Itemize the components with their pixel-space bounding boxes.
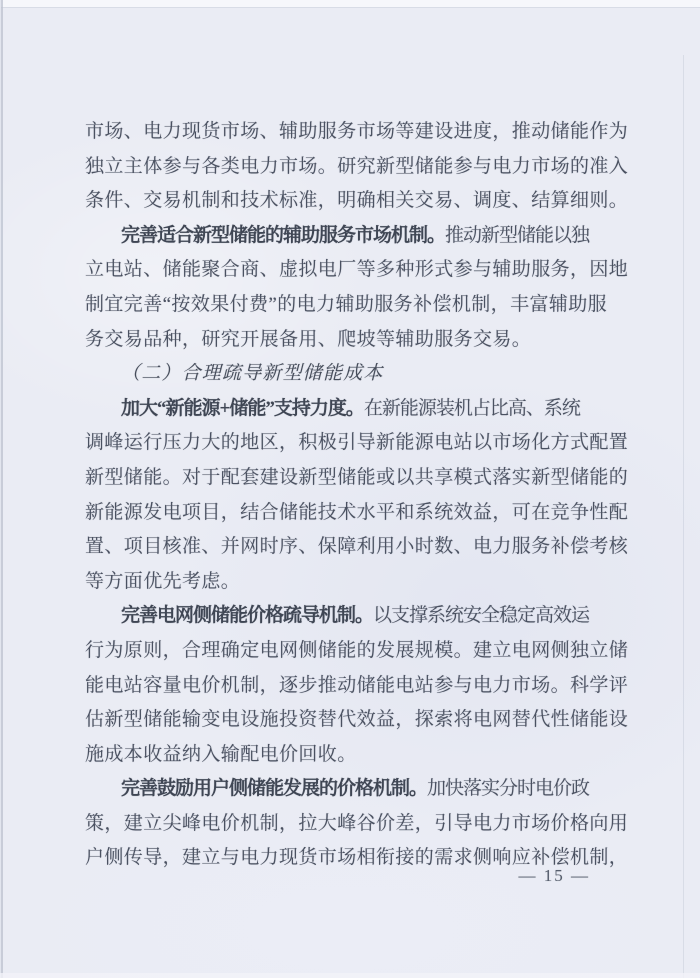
page-bottom-edge (0, 973, 700, 978)
text-line: 新型储能。对于配套建设新型储能或以共享模式落实新型储能的 (85, 461, 600, 496)
line-text: 制宜完善“按效果付费”的电力辅助服务补偿机制，丰富辅助服 (85, 294, 607, 315)
bold-lead-text: 加大“新能源+储能”支持力度。 (121, 398, 364, 419)
text-line: 等方面优先考虑。 (85, 565, 600, 600)
text-line: 调峰运行压力大的地区，积极引导新能源电站以市场化方式配置 (85, 426, 600, 461)
text-line: 完善电网侧储能价格疏导机制。以支撑系统安全稳定高效运 (85, 599, 600, 634)
line-text: 独立主体参与各类电力市场。研究新型储能参与电力市场的准入 (85, 156, 628, 177)
line-text: 行为原则，合理确定电网侧储能的发展规模。建立电网侧独立储 (85, 640, 628, 661)
line-text: 条件、交易机制和技术标准，明确相关交易、调度、结算细则。 (85, 190, 628, 211)
line-text: 推动新型储能以独 (445, 225, 589, 246)
text-line: 能电站容量电价机制，逐步推动储能电站参与电力市场。科学评 (85, 669, 600, 704)
line-text: 新型储能。对于配套建设新型储能或以共享模式落实新型储能的 (85, 467, 628, 488)
line-text: 以支撑系统安全稳定高效运 (373, 605, 589, 626)
line-text: 策，建立尖峰电价机制，拉大峰谷价差，引导电力市场价格向用 (85, 813, 628, 834)
line-text: 市场、电力现货市场、辅助服务市场等建设进度，推动储能作为 (85, 121, 628, 142)
page-left-edge-shadow (1, 0, 3, 978)
text-line: 加大“新能源+储能”支持力度。在新能源装机占比高、系统 (85, 392, 600, 427)
line-text: 能电站容量电价机制，逐步推动储能电站参与电力市场。科学评 (85, 675, 628, 696)
text-line: 条件、交易机制和技术标准，明确相关交易、调度、结算细则。 (85, 184, 600, 219)
line-text: 加快落实分时电价政 (427, 778, 589, 799)
scanned-document-page: 市场、电力现货市场、辅助服务市场等建设进度，推动储能作为 独立主体参与各类电力市… (0, 0, 700, 978)
text-line: 制宜完善“按效果付费”的电力辅助服务补偿机制，丰富辅助服 (85, 288, 600, 323)
page-top-edge (0, 0, 700, 8)
text-line: 估新型储能输变电设施投资替代效益，探索将电网替代性储能设 (85, 703, 600, 738)
page-right-edge-line (683, 55, 684, 978)
text-line: 完善鼓励用户侧储能发展的价格机制。加快落实分时电价政 (85, 772, 600, 807)
section-heading: （二）合理疏导新型储能成本 (85, 357, 600, 392)
heading-text: （二）合理疏导新型储能成本 (121, 363, 384, 384)
line-text: 调峰运行压力大的地区，积极引导新能源电站以市场化方式配置 (85, 432, 628, 453)
line-text: 在新能源装机占比高、系统 (364, 398, 580, 419)
line-text: 置、项目核准、并网时序、保障利用小时数、电力服务补偿考核 (85, 536, 628, 557)
document-text: 市场、电力现货市场、辅助服务市场等建设进度，推动储能作为 独立主体参与各类电力市… (85, 115, 600, 876)
text-line: 独立主体参与各类电力市场。研究新型储能参与电力市场的准入 (85, 150, 600, 185)
text-line: 置、项目核准、并网时序、保障利用小时数、电力服务补偿考核 (85, 530, 600, 565)
line-text: 估新型储能输变电设施投资替代效益，探索将电网替代性储能设 (85, 709, 628, 730)
bold-lead-text: 完善电网侧储能价格疏导机制。 (121, 605, 373, 626)
line-text: 等方面优先考虑。 (85, 571, 240, 592)
line-text: 施成本收益纳入输配电价回收。 (85, 744, 357, 765)
text-line: 新能源发电项目，结合储能技术水平和系统效益，可在竞争性配 (85, 496, 600, 531)
line-text: 立电站、储能聚合商、虚拟电厂等多种形式参与辅助服务，因地 (85, 259, 628, 280)
text-line: 行为原则，合理确定电网侧储能的发展规模。建立电网侧独立储 (85, 634, 600, 669)
text-line: 市场、电力现货市场、辅助服务市场等建设进度，推动储能作为 (85, 115, 600, 150)
text-line: 施成本收益纳入输配电价回收。 (85, 738, 600, 773)
bold-lead-text: 完善适合新型储能的辅助服务市场机制。 (121, 225, 445, 246)
text-line: 立电站、储能聚合商、虚拟电厂等多种形式参与辅助服务，因地 (85, 253, 600, 288)
text-line: 完善适合新型储能的辅助服务市场机制。推动新型储能以独 (85, 219, 600, 254)
text-line: 策，建立尖峰电价机制，拉大峰谷价差，引导电力市场价格向用 (85, 807, 600, 842)
text-line: 务交易品种，研究开展备用、爬坡等辅助服务交易。 (85, 323, 600, 358)
page-number: — 15 — (519, 866, 591, 886)
bold-lead-text: 完善鼓励用户侧储能发展的价格机制。 (121, 778, 427, 799)
line-text: 务交易品种，研究开展备用、爬坡等辅助服务交易。 (85, 329, 531, 350)
line-text: 新能源发电项目，结合储能技术水平和系统效益，可在竞争性配 (85, 502, 628, 523)
